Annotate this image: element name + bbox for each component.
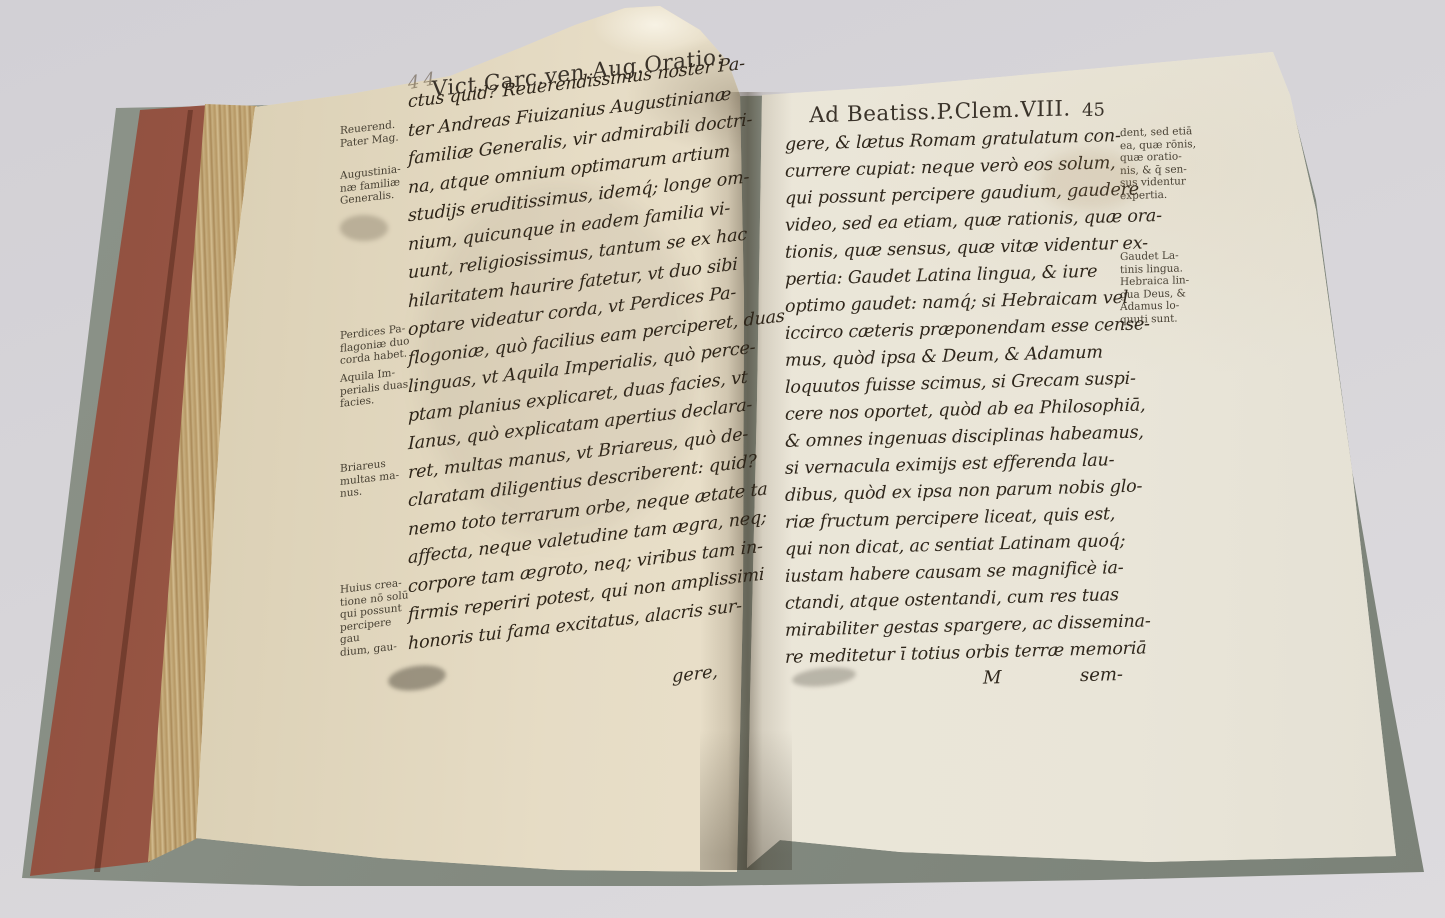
margin-note: Reuerend. Pater Mag. <box>340 117 410 150</box>
right-catchword: sem- <box>1080 664 1123 686</box>
left-page-text: 44 Vict.Carc.ven.Aug.Oratio: Reuerend. P… <box>340 3 752 870</box>
margin-note: Augustinia- næ familiæ Generalis. <box>340 162 410 207</box>
left-body-text: ctus quid? Reuerendissimus noster Pa-ter… <box>408 45 785 658</box>
right-body-text: gere, & lætus Romam gratulatum con-curre… <box>785 122 1162 672</box>
signature-mark: M <box>983 667 1001 688</box>
margin-note: Huius crea- tione nō solū qui possunt pe… <box>340 576 410 659</box>
book-photo: 44 Vict.Carc.ven.Aug.Oratio: Reuerend. P… <box>0 0 1445 918</box>
right-page-text: Ad Beatiss.P.Clem.VIII. 45 dent, sed eti… <box>780 77 1212 888</box>
margin-note: Briareus multas ma- nus. <box>340 455 410 500</box>
margin-note: Aquila Im- perialis duas facies. <box>340 365 410 410</box>
margin-note: Perdices Pa- flagoniæ duo corda habet. <box>340 322 410 367</box>
